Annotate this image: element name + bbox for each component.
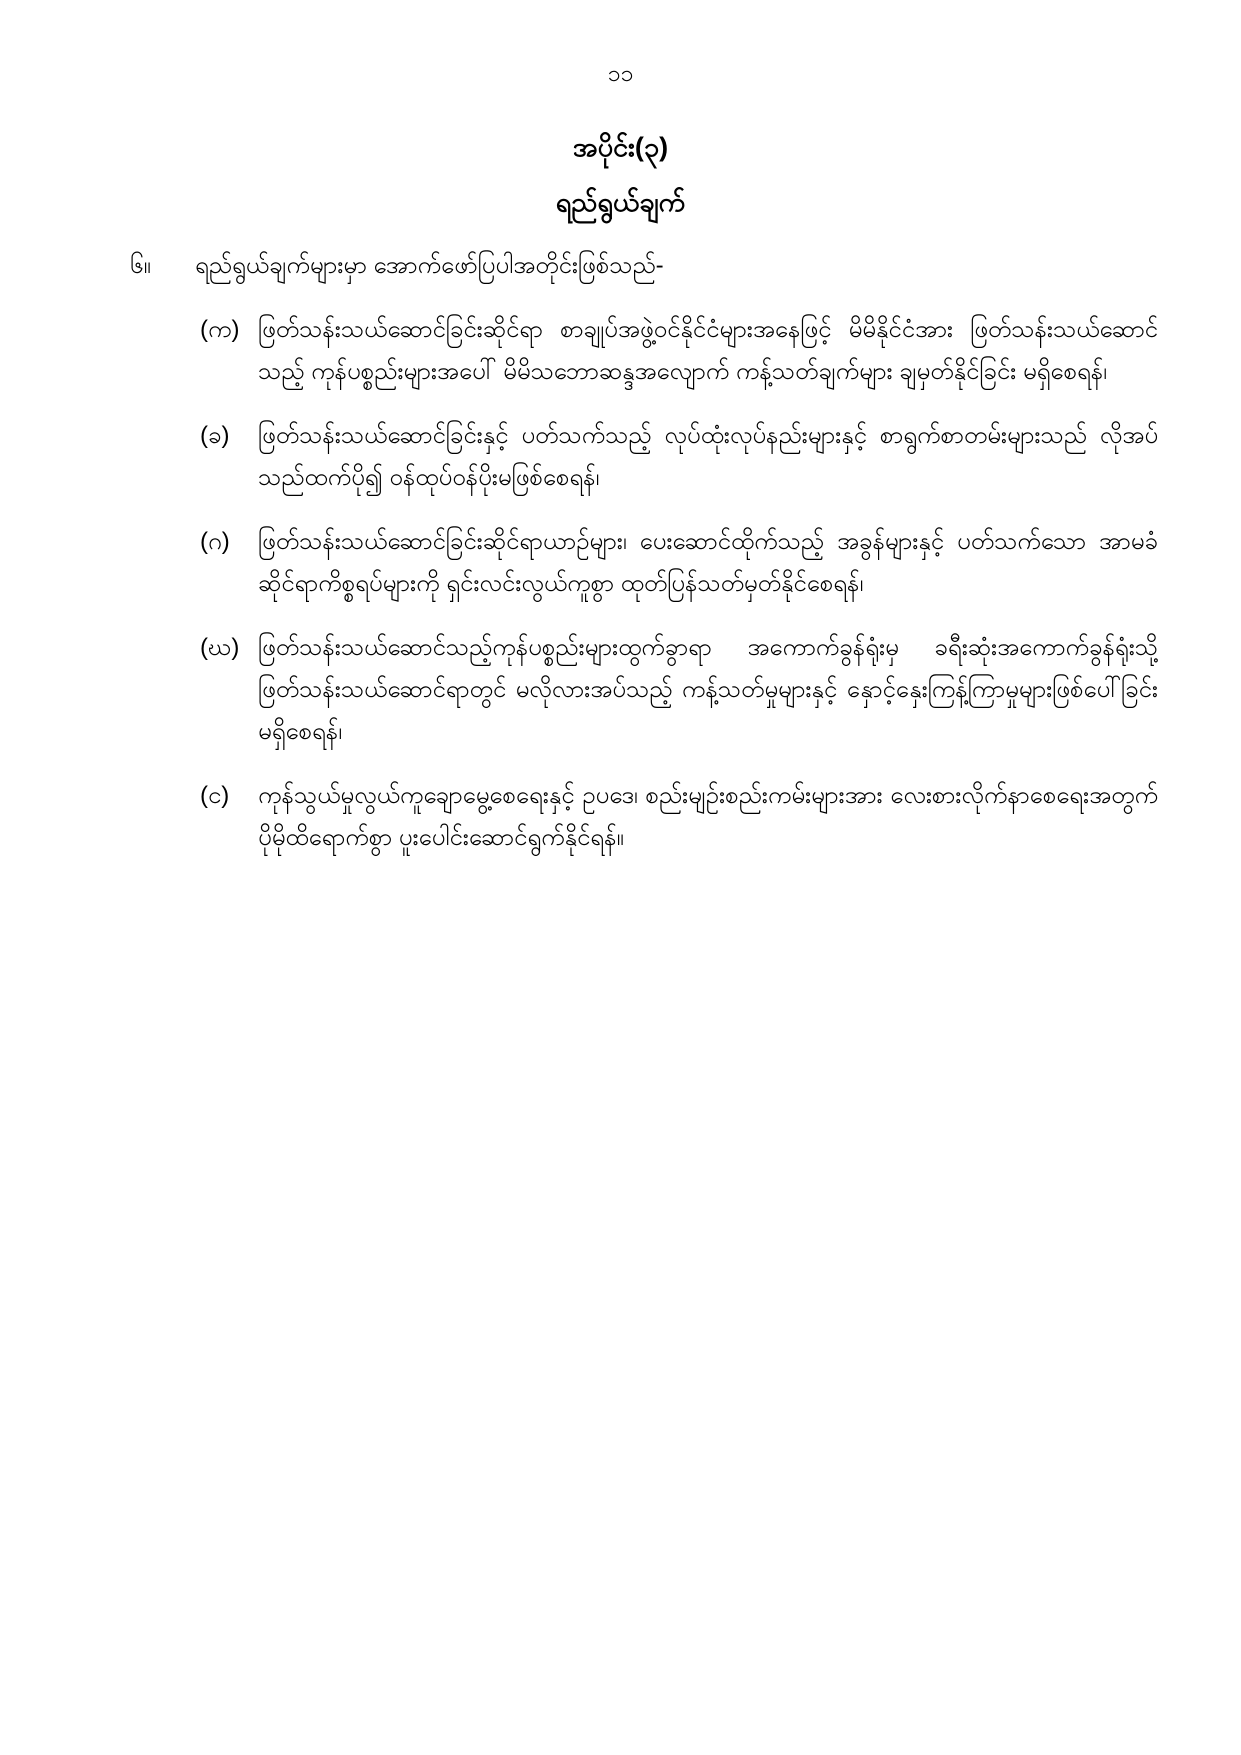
- part-heading: အပိုင်း(၃): [0, 126, 1241, 168]
- section-heading: ရည်ရွယ်ချက်: [0, 181, 1241, 223]
- list-item-gha: (ဃ) ဖြတ်သန်းသယ်ဆောင်သည့်ကုန်ပစ္စည်းများထ…: [200, 627, 1158, 753]
- item-text: ဖြတ်သန်းသယ်ဆောင်ခြင်းဆိုင်ရာယာဉ်များ၊ ပေ…: [258, 521, 1158, 605]
- item-label: (င): [200, 775, 258, 859]
- list-item-kha: (ခ) ဖြတ်သန်းသယ်ဆောင်ခြင်းနှင့် ပတ်သက်သည့…: [200, 415, 1158, 499]
- item-label: (ခ): [200, 415, 258, 499]
- item-label: (ဃ): [200, 627, 258, 753]
- page-number: ၁၁: [0, 0, 1241, 90]
- clause-intro-text: ရည်ရွယ်ချက်များမှာ အောက်ဖော်ပြပါအတိုင်းဖ…: [195, 245, 1156, 287]
- item-text: ကုန်သွယ်မှုလွယ်ကူချောမွေ့စေရေးနှင့် ဥပဒေ…: [258, 775, 1158, 859]
- list-item-ka: (က) ဖြတ်သန်းသယ်ဆောင်ခြင်းဆိုင်ရာ စာချုပ်…: [200, 309, 1158, 393]
- item-text: ဖြတ်သန်းသယ်ဆောင်သည့်ကုန်ပစ္စည်းများထွက်ခ…: [258, 627, 1158, 753]
- item-text: ဖြတ်သန်းသယ်ဆောင်ခြင်းဆိုင်ရာ စာချုပ်အဖွဲ…: [258, 309, 1158, 393]
- item-text: ဖြတ်သန်းသယ်ဆောင်ခြင်းနှင့် ပတ်သက်သည့် လု…: [258, 415, 1158, 499]
- item-label: (ဂ): [200, 521, 258, 605]
- item-label: (က): [200, 309, 258, 393]
- objectives-list: (က) ဖြတ်သန်းသယ်ဆောင်ခြင်းဆိုင်ရာ စာချုပ်…: [200, 309, 1158, 859]
- clause-6: ၆။ ရည်ရွယ်ချက်များမှာ အောက်ဖော်ပြပါအတိုင…: [130, 245, 1156, 287]
- list-item-nga: (င) ကုန်သွယ်မှုလွယ်ကူချောမွေ့စေရေးနှင့် …: [200, 775, 1158, 859]
- document-page: ၁၁ အပိုင်း(၃) ရည်ရွယ်ချက် ၆။ ရည်ရွယ်ချက်…: [0, 0, 1241, 1755]
- list-item-ga: (ဂ) ဖြတ်သန်းသယ်ဆောင်ခြင်းဆိုင်ရာယာဉ်များ…: [200, 521, 1158, 605]
- clause-number: ၆။: [130, 245, 195, 287]
